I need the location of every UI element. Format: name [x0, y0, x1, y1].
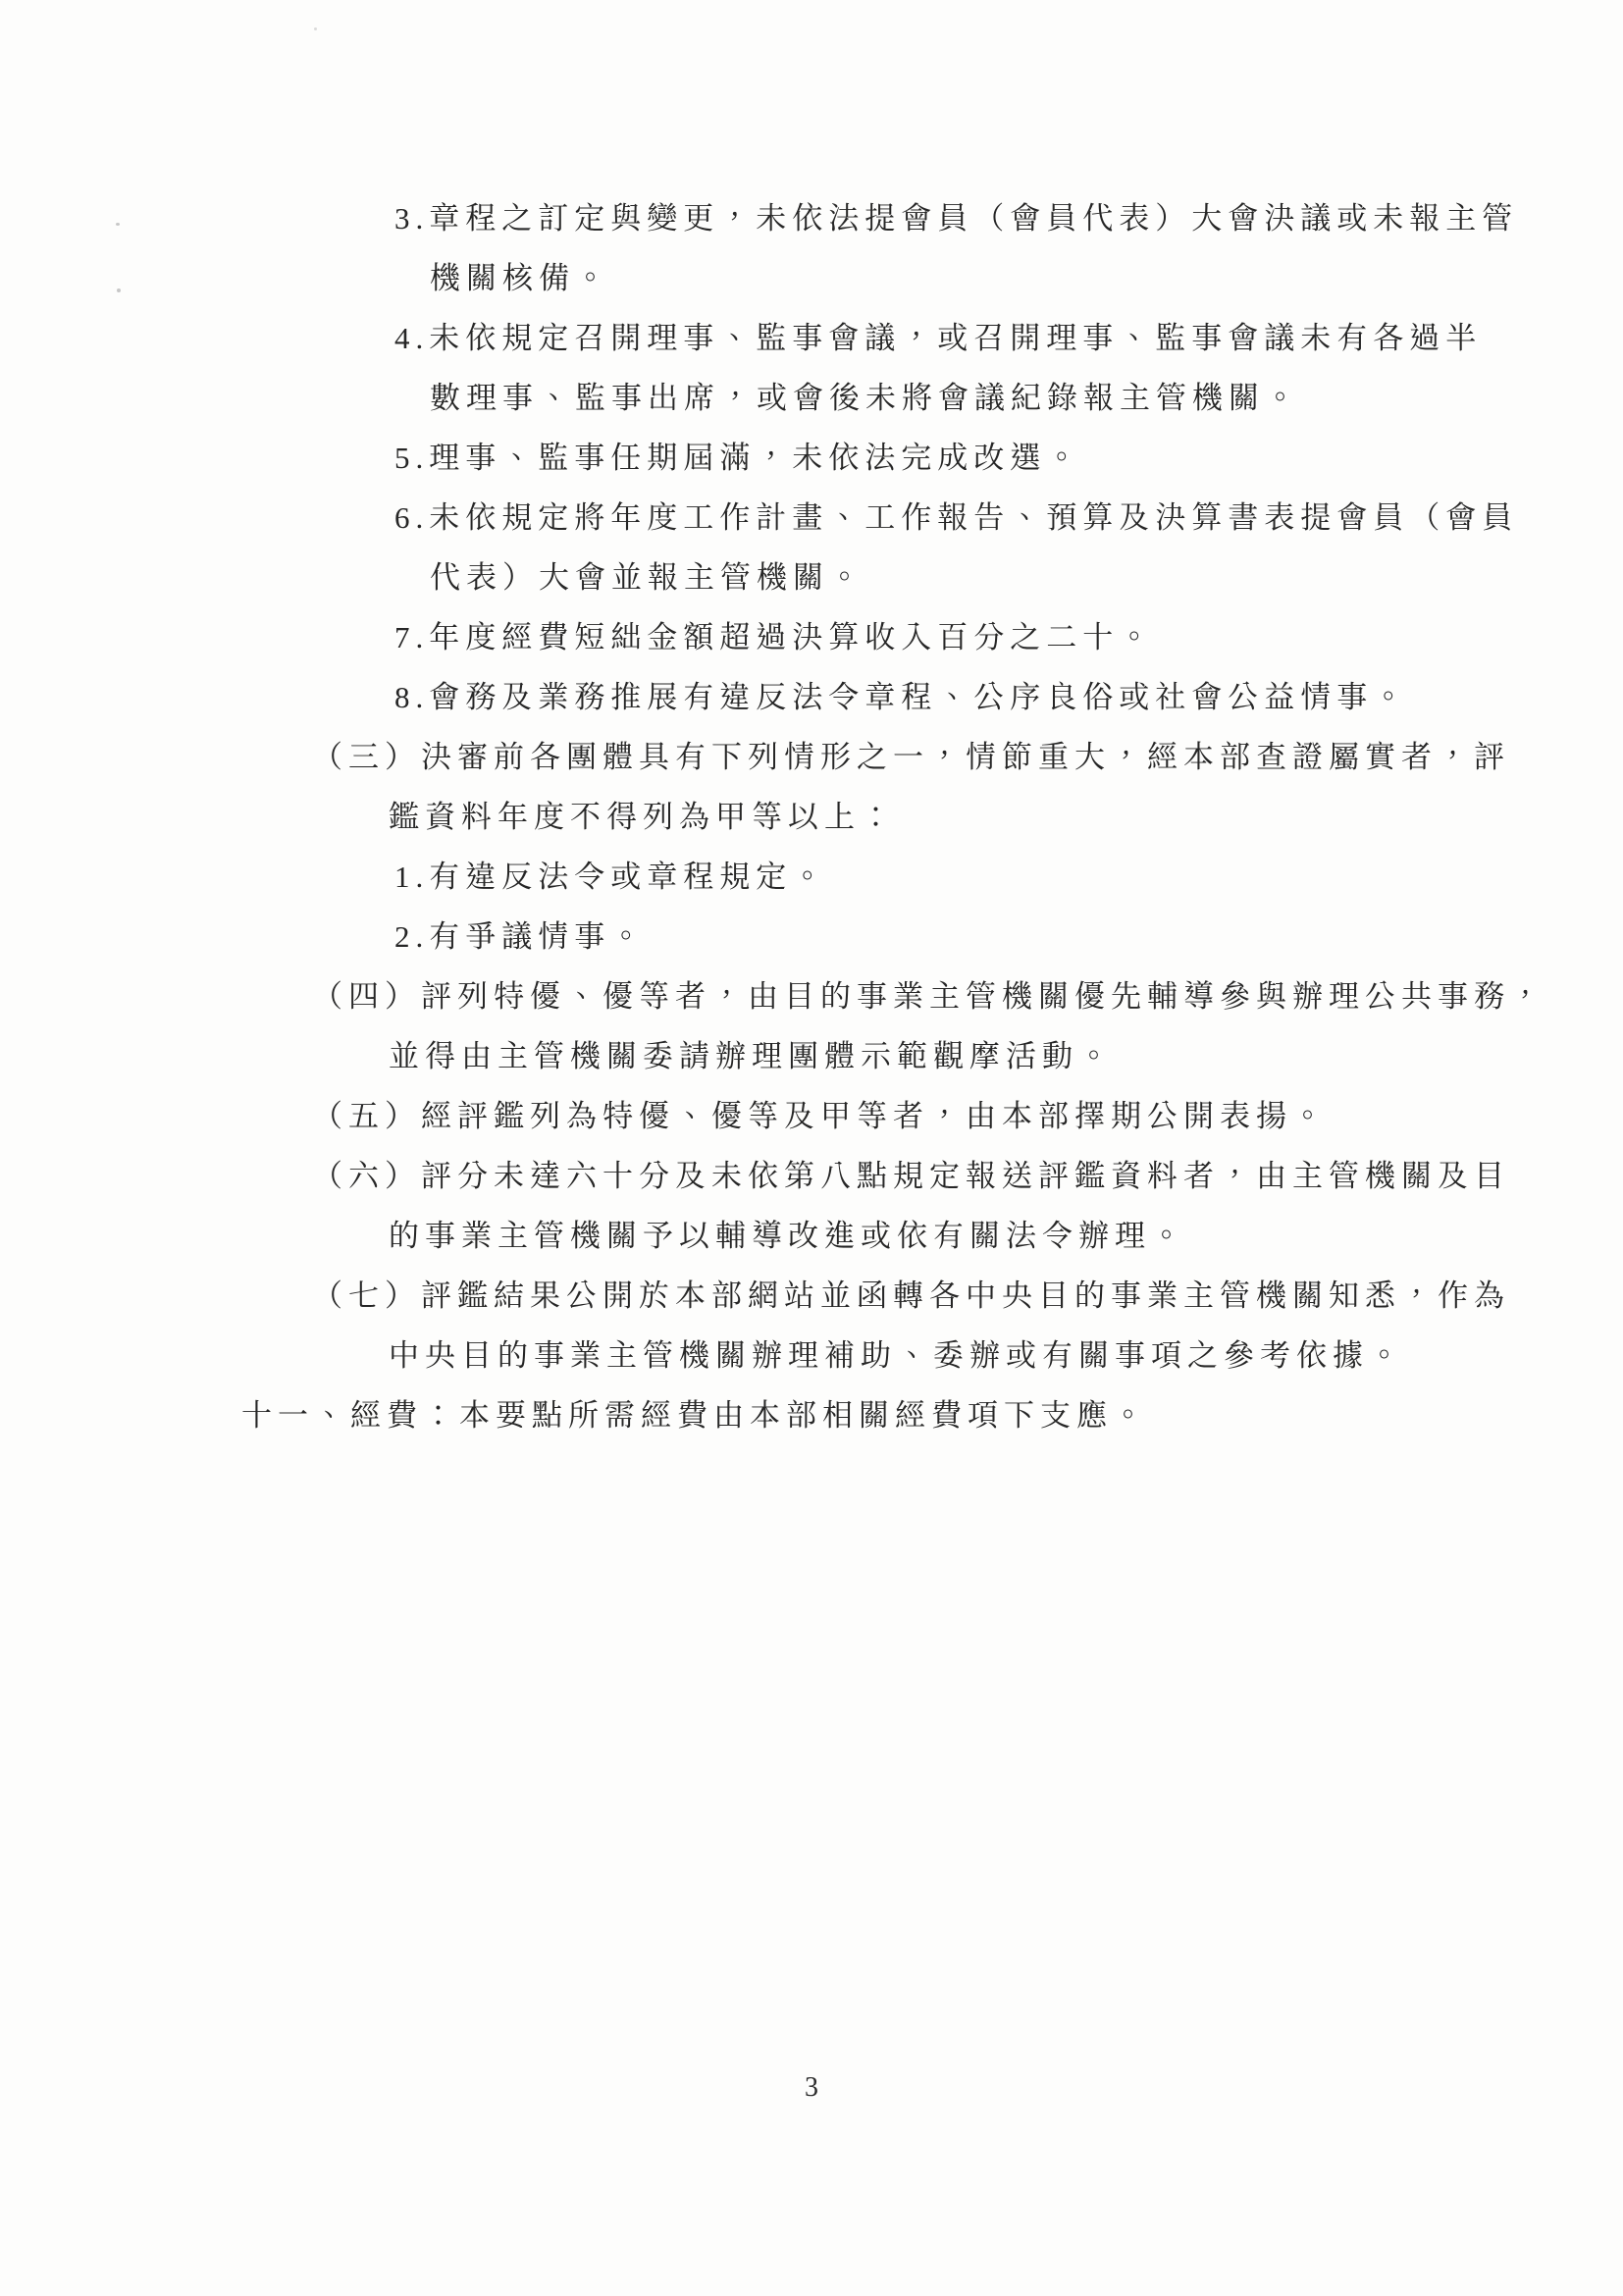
list-item-6-line-2: 代表）大會並報主管機關。 [0, 548, 1623, 607]
scanned-document-page: 3.章程之訂定與變更，未依法提會員（會員代表）大會決議或未報主管 機關核備。 4… [0, 0, 1623, 2296]
page-number: 3 [0, 2072, 1623, 2104]
clause-3-subitem-1: 1.有違反法令或章程規定。 [0, 847, 1623, 907]
clause-7-line-2: 中央目的事業主管機關辦理補助、委辦或有關事項之參考依據。 [0, 1326, 1623, 1385]
clause-6-line-2: 的事業主管機關予以輔導改進或依有關法令辦理。 [0, 1206, 1623, 1266]
clause-4-line-1: （四）評列特優、優等者，由目的事業主管機關優先輔導參與辦理公共事務， [0, 966, 1623, 1026]
list-item-5-line-1: 5.理事、監事任期屆滿，未依法完成改選。 [0, 428, 1623, 488]
clause-5-line-1: （五）經評鑑列為特優、優等及甲等者，由本部擇期公開表揚。 [0, 1086, 1623, 1146]
list-item-7-line-1: 7.年度經費短絀金額超過決算收入百分之二十。 [0, 607, 1623, 667]
document-body: 3.章程之訂定與變更，未依法提會員（會員代表）大會決議或未報主管 機關核備。 4… [0, 188, 1623, 1445]
section-11-funding-line-1: 十一、經費：本要點所需經費由本部相關經費項下支應。 [0, 1385, 1623, 1445]
list-item-3-line-2: 機關核備。 [0, 248, 1623, 308]
list-item-6-line-1: 6.未依規定將年度工作計畫、工作報告、預算及決算書表提會員（會員 [0, 488, 1623, 548]
clause-4-line-2: 並得由主管機關委請辦理團體示範觀摩活動。 [0, 1026, 1623, 1086]
list-item-4-line-1: 4.未依規定召開理事、監事會議，或召開理事、監事會議未有各過半 [0, 308, 1623, 368]
clause-3-line-1: （三）決審前各團體具有下列情形之一，情節重大，經本部查證屬實者，評 [0, 727, 1623, 787]
list-item-4-line-2: 數理事、監事出席，或會後未將會議紀錄報主管機關。 [0, 368, 1623, 428]
clause-3-subitem-2: 2.有爭議情事。 [0, 907, 1623, 966]
list-item-3-line-1: 3.章程之訂定與變更，未依法提會員（會員代表）大會決議或未報主管 [0, 188, 1623, 248]
scan-artifact [314, 27, 317, 30]
clause-3-line-2: 鑑資料年度不得列為甲等以上： [0, 787, 1623, 847]
list-item-8-line-1: 8.會務及業務推展有違反法令章程、公序良俗或社會公益情事。 [0, 667, 1623, 727]
clause-6-line-1: （六）評分未達六十分及未依第八點規定報送評鑑資料者，由主管機關及目 [0, 1146, 1623, 1206]
clause-7-line-1: （七）評鑑結果公開於本部網站並函轉各中央目的事業主管機關知悉，作為 [0, 1266, 1623, 1326]
